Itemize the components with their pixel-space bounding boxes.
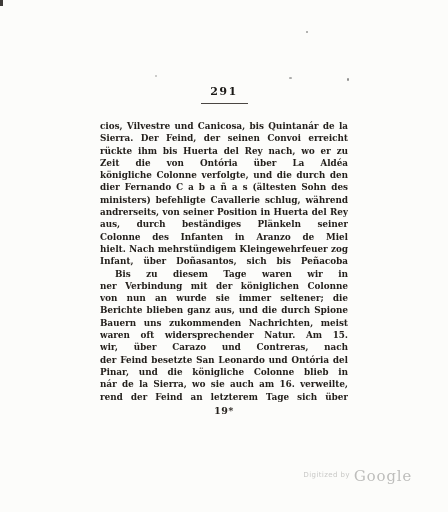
text-line: wir, über Carazo und Contreras, nach Cob…: [100, 342, 348, 354]
text-line: Zeit die von Ontória über La Aldéa zurüc…: [100, 158, 348, 170]
text-line: der Feind besetzte San Leonardo und Ontó…: [100, 355, 348, 367]
digitized-by-google-watermark: Digitized byGoogle: [303, 466, 412, 485]
text-line: königliche Colonne verfolgte, und die du…: [100, 170, 348, 182]
text-line: hielt. Nach mehrstündigem Kleingewehrfeu…: [100, 244, 348, 256]
watermark-prefix: Digitized by: [303, 471, 349, 479]
text-line: Berichte blieben ganz aus, und die durch…: [100, 305, 348, 317]
text-line: aus, durch beständiges Plänkeln seiner T…: [100, 219, 348, 231]
scan-edge-mark: [0, 0, 3, 6]
text-line: von nun an wurde sie immer seltener; die…: [100, 293, 348, 305]
scanned-book-page: 291 cios, Vilvestre und Canicosa, bis Qu…: [0, 0, 448, 512]
text-line: ner Verbindung mit der königlichen Colon…: [100, 281, 348, 293]
text-line: waren oft widersprechender Natur. Am 15.…: [100, 330, 348, 342]
text-line: Bis zu diesem Tage waren wir in ununterb…: [100, 269, 348, 281]
text-line: rend der Feind an letzterem Tage sich üb…: [100, 392, 348, 404]
text-line: cios, Vilvestre und Canicosa, bis Quinta…: [100, 121, 348, 133]
text-line: Colonne des Infanten in Aranzo de Miel b…: [100, 232, 348, 244]
text-line: Sierra. Der Feind, der seinen Convoi err…: [100, 133, 348, 145]
scan-speck: [306, 31, 308, 33]
google-logo: Google: [354, 467, 412, 485]
text-line: andrerseits, von seiner Position in Huer…: [100, 207, 348, 219]
text-line: dier Fernando C a b a ñ a s (ältesten So…: [100, 182, 348, 194]
scan-speck: [155, 75, 157, 77]
text-line: rückte ihm bis Huerta del Rey nach, wo e…: [100, 146, 348, 158]
page-number: 291: [0, 85, 448, 98]
page-number-rule: [201, 103, 248, 104]
signature-mark: 19*: [100, 406, 348, 417]
text-line: Infant, über Doñasantos, sich bis Peñaco…: [100, 256, 348, 268]
text-block: cios, Vilvestre und Canicosa, bis Quinta…: [100, 121, 348, 404]
text-line: ministers) befehligte Cavallerie schlug,…: [100, 195, 348, 207]
text-line: Pinar, und die königliche Colonne blieb …: [100, 367, 348, 379]
text-line: Bauern uns zukommenden Nachrichten, meis…: [100, 318, 348, 330]
scan-speck: [347, 78, 349, 81]
scan-speck: [289, 77, 292, 79]
text-line: nár de la Sierra, wo sie auch am 16. ver…: [100, 379, 348, 391]
